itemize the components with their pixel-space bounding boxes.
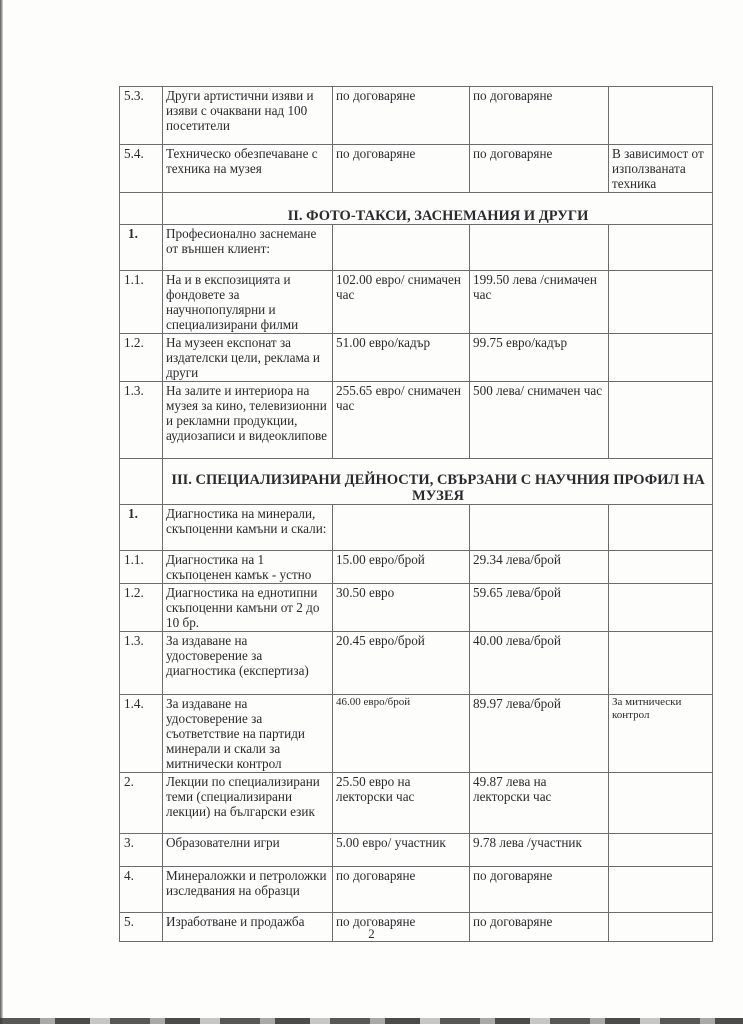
price-euro-cell bbox=[333, 225, 470, 271]
item-description-cell: На залите и интериора на музея за кино, … bbox=[163, 382, 333, 459]
note-cell bbox=[609, 551, 713, 584]
note-cell bbox=[609, 584, 713, 632]
item-description-cell: Диагностика на еднотипни скъпоценни камъ… bbox=[163, 584, 333, 632]
price-euro-cell: 25.50 евро на лекторски час bbox=[333, 773, 470, 834]
price-euro-cell: 30.50 евро bbox=[333, 584, 470, 632]
table-row: 1.Професионално заснемане от външен клие… bbox=[120, 225, 713, 271]
table-row: 1.4.За издаване на удостоверение за съот… bbox=[120, 695, 713, 773]
table-row: 1.3.За издаване на удостоверение за диаг… bbox=[120, 632, 713, 695]
price-euro-cell: 20.45 евро/брой bbox=[333, 632, 470, 695]
fee-table-body: 5.3.Други артистични изяви и изяви с оча… bbox=[120, 87, 713, 942]
item-number-cell: 1.2. bbox=[120, 334, 163, 382]
page-number: 2 bbox=[0, 926, 743, 942]
item-number-cell: 5.3. bbox=[120, 87, 163, 145]
price-leva-cell: 500 лева/ снимачен час bbox=[470, 382, 609, 459]
price-euro-cell: 15.00 евро/брой bbox=[333, 551, 470, 584]
price-euro-cell: 46.00 евро/брой bbox=[333, 695, 470, 773]
section-title: II. ФОТО-ТАКСИ, ЗАСНЕМАНИЯ И ДРУГИ bbox=[163, 193, 713, 225]
item-description-cell: За издаване на удостоверение за диагност… bbox=[163, 632, 333, 695]
price-euro-cell: 51.00 евро/кадър bbox=[333, 334, 470, 382]
price-leva-cell: 49.87 лева на лекторски час bbox=[470, 773, 609, 834]
fee-table: 5.3.Други артистични изяви и изяви с оча… bbox=[119, 86, 713, 942]
item-number-cell: 4. bbox=[120, 867, 163, 913]
price-euro-cell: 102.00 евро/ снимачен час bbox=[333, 271, 470, 334]
item-description-cell: Професионално заснемане от външен клиент… bbox=[163, 225, 333, 271]
note-cell: В зависимост от използваната техника bbox=[609, 145, 713, 193]
item-number-cell: 1.1. bbox=[120, 271, 163, 334]
price-leva-cell: 59.65 лева/брой bbox=[470, 584, 609, 632]
item-description-cell: На и в експозицията и фондовете за научн… bbox=[163, 271, 333, 334]
section-title: III. СПЕЦИАЛИЗИРАНИ ДЕЙНОСТИ, СВЪРЗАНИ С… bbox=[163, 459, 713, 505]
price-euro-cell bbox=[333, 505, 470, 551]
note-cell: За митнически контрол bbox=[609, 695, 713, 773]
note-cell bbox=[609, 334, 713, 382]
item-description-cell: Диагностика на минерали, скъпоценни камъ… bbox=[163, 505, 333, 551]
section-number-cell bbox=[120, 193, 163, 225]
item-description-cell: За издаване на удостоверение за съответс… bbox=[163, 695, 333, 773]
scan-edge-bottom bbox=[0, 1018, 743, 1024]
table-row: 1.2.Диагностика на еднотипни скъпоценни … bbox=[120, 584, 713, 632]
price-leva-cell: 89.97 лева/брой bbox=[470, 695, 609, 773]
price-leva-cell: 199.50 лева /снимачен час bbox=[470, 271, 609, 334]
table-row: 5.3.Други артистични изяви и изяви с оча… bbox=[120, 87, 713, 145]
item-number-cell: 1.3. bbox=[120, 632, 163, 695]
note-cell bbox=[609, 382, 713, 459]
price-euro-cell: по договаряне bbox=[333, 145, 470, 193]
price-leva-cell: 40.00 лева/брой bbox=[470, 632, 609, 695]
price-leva-cell: по договаряне bbox=[470, 145, 609, 193]
item-description-cell: На музеен експонат за издателски цели, р… bbox=[163, 334, 333, 382]
note-cell bbox=[609, 505, 713, 551]
section-header-row: III. СПЕЦИАЛИЗИРАНИ ДЕЙНОСТИ, СВЪРЗАНИ С… bbox=[120, 459, 713, 505]
note-cell bbox=[609, 632, 713, 695]
item-description-cell: Диагностика на 1 скъпоценен камък - устн… bbox=[163, 551, 333, 584]
table-row: 3.Образователни игри5.00 евро/ участник9… bbox=[120, 834, 713, 867]
note-cell bbox=[609, 834, 713, 867]
table-row: 1.1.На и в експозицията и фондовете за н… bbox=[120, 271, 713, 334]
item-number-cell: 1.3. bbox=[120, 382, 163, 459]
item-number-cell: 3. bbox=[120, 834, 163, 867]
price-leva-cell bbox=[470, 505, 609, 551]
item-number-cell: 1. bbox=[120, 225, 163, 271]
table-row: 4.Минераложки и петроложки изследвания н… bbox=[120, 867, 713, 913]
price-leva-cell: 9.78 лева /участник bbox=[470, 834, 609, 867]
price-leva-cell: по договаряне bbox=[470, 867, 609, 913]
price-leva-cell bbox=[470, 225, 609, 271]
table-row: 1.3.На залите и интериора на музея за ки… bbox=[120, 382, 713, 459]
price-leva-cell: 99.75 евро/кадър bbox=[470, 334, 609, 382]
item-description-cell: Други артистични изяви и изяви с очакван… bbox=[163, 87, 333, 145]
price-leva-cell: 29.34 лева/брой bbox=[470, 551, 609, 584]
note-cell bbox=[609, 271, 713, 334]
scan-edge-left bbox=[0, 0, 3, 1024]
note-cell bbox=[609, 867, 713, 913]
price-euro-cell: 255.65 евро/ снимачен час bbox=[333, 382, 470, 459]
table-row: 1.1.Диагностика на 1 скъпоценен камък - … bbox=[120, 551, 713, 584]
item-description-cell: Техническо обезпечаване с техника на муз… bbox=[163, 145, 333, 193]
table-row: 1.Диагностика на минерали, скъпоценни ка… bbox=[120, 505, 713, 551]
item-number-cell: 1.4. bbox=[120, 695, 163, 773]
item-number-cell: 1. bbox=[120, 505, 163, 551]
note-cell bbox=[609, 87, 713, 145]
item-number-cell: 5.4. bbox=[120, 145, 163, 193]
item-description-cell: Образователни игри bbox=[163, 834, 333, 867]
item-description-cell: Минераложки и петроложки изследвания на … bbox=[163, 867, 333, 913]
item-description-cell: Лекции по специализирани теми (специализ… bbox=[163, 773, 333, 834]
item-number-cell: 1.1. bbox=[120, 551, 163, 584]
item-number-cell: 1.2. bbox=[120, 584, 163, 632]
note-cell bbox=[609, 773, 713, 834]
price-leva-cell: по договаряне bbox=[470, 87, 609, 145]
price-euro-cell: по договаряне bbox=[333, 87, 470, 145]
table-row: 2.Лекции по специализирани теми (специал… bbox=[120, 773, 713, 834]
section-header-row: II. ФОТО-ТАКСИ, ЗАСНЕМАНИЯ И ДРУГИ bbox=[120, 193, 713, 225]
table-row: 1.2.На музеен експонат за издателски цел… bbox=[120, 334, 713, 382]
item-number-cell: 2. bbox=[120, 773, 163, 834]
table-row: 5.4.Техническо обезпечаване с техника на… bbox=[120, 145, 713, 193]
price-euro-cell: 5.00 евро/ участник bbox=[333, 834, 470, 867]
section-number-cell bbox=[120, 459, 163, 505]
note-cell bbox=[609, 225, 713, 271]
price-euro-cell: по договаряне bbox=[333, 867, 470, 913]
